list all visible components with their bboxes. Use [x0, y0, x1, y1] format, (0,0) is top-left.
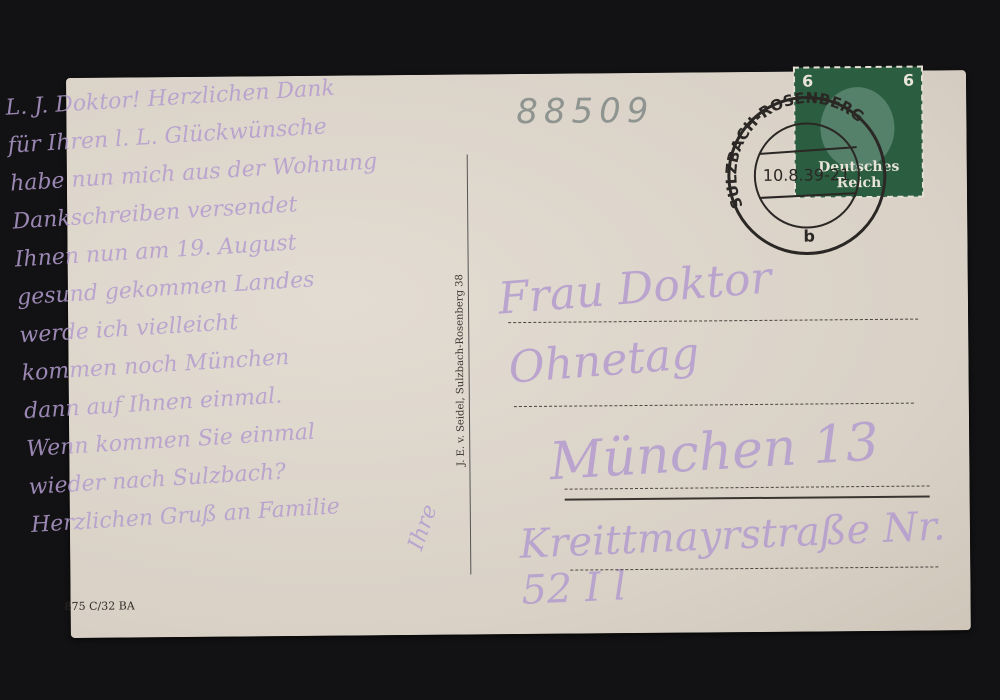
address-line: Frau Doktor [496, 252, 773, 324]
address-line: München 13 [548, 412, 881, 492]
stamp-country: Deutsches Reich [795, 159, 923, 192]
postage-stamp: 6 6 Deutsches Reich [794, 67, 923, 198]
address-rule [565, 495, 930, 500]
print-code: 875 C/32 BA [65, 599, 135, 613]
address-line: Ohnetag [507, 328, 701, 394]
archive-number: 88509 [516, 91, 655, 132]
address-rule [514, 403, 914, 407]
portrait-icon [820, 87, 895, 170]
stamp-value: 6 [802, 71, 813, 90]
postcard: L. J. Doktor! Herzlichen Dank für Ihren … [66, 70, 971, 638]
handwritten-message: L. J. Doktor! Herzlichen Dank für Ihren … [4, 64, 451, 545]
stamp-value: 6 [903, 71, 914, 90]
center-divider [467, 154, 472, 574]
address-rule [508, 319, 918, 324]
address-line: Kreittmayrstraße Nr. 52 I l [518, 502, 972, 614]
svg-text:b: b [803, 226, 815, 245]
